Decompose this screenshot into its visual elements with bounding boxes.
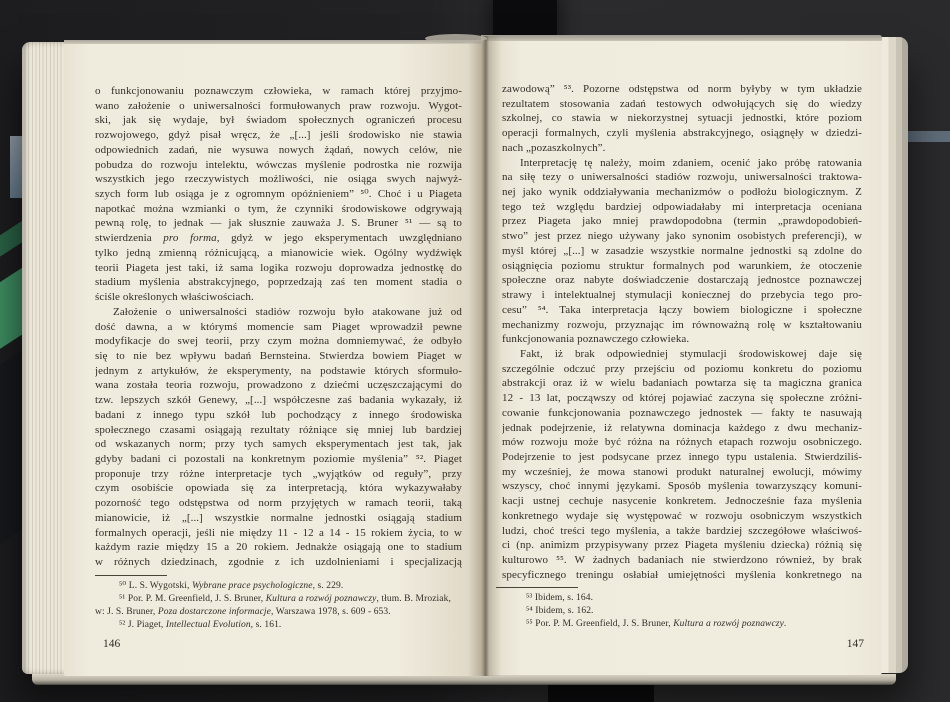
- text-line: pobudza do rozwoju intelektu, wówczas my…: [95, 158, 462, 173]
- text-line: Założenie o uniwersalności stadiów rozwo…: [95, 305, 462, 320]
- text-line: mechanizmy rozwoju, przyznając im równow…: [502, 318, 862, 333]
- text-line: operacji formalnych, czyli myślenia abst…: [502, 126, 862, 141]
- text-line: my wcześniej, że mowa stanowi produkt na…: [502, 465, 862, 480]
- text-line: strawy i intelektualnej stymulacji konie…: [502, 288, 862, 303]
- text-line: rezultatem stosowania zadań testowych od…: [502, 97, 862, 112]
- text-line: ludzi, choć treści tego myślenia, a takż…: [502, 524, 862, 539]
- footnote-line: ⁵⁰ L. S. Wygotski, Wybrane prace psychol…: [95, 580, 462, 593]
- text-line: proponuje trzy różne interpretacje tych …: [95, 467, 462, 482]
- text-line: od wskazanych norm; przy tych samych eks…: [95, 437, 462, 452]
- text-line: czym osobiście opowiada się za interpret…: [95, 481, 462, 496]
- text-line: się to nie bez wpływu badań Bernsteina. …: [95, 349, 462, 364]
- text-line: społecznego czasami osiągają rezultaty r…: [95, 423, 462, 438]
- text-line: Interpretację tę należy, moim zdaniem, o…: [502, 156, 862, 171]
- text-line: kulturowo ⁵⁵. W żadnych badaniach nie st…: [502, 553, 862, 568]
- text-line: mów rozwoju może być różna na różnych et…: [502, 435, 862, 450]
- text-line: kacji ustnej cechuje nasycenie konkretem…: [502, 494, 862, 509]
- text-line: specyficznego treningu osłabiał umiejętn…: [502, 568, 862, 583]
- page-stack-right-edge: [878, 37, 908, 673]
- text-line: konkretnego wydaje się występować w rozw…: [502, 509, 862, 524]
- text-line: myśl której „[...] w zasadzie wszystkie …: [502, 244, 862, 259]
- text-line: tzw. lepszych szkół Genewy, „[...] współ…: [95, 393, 462, 408]
- text-line: Podejrzenie to jest podsycane przez inne…: [502, 450, 862, 465]
- text-line: zawodową” ⁵³. Pozorne odstępstwa od norm…: [502, 82, 862, 97]
- text-line: teorii Piageta jest taki, iż sama logika…: [95, 261, 462, 276]
- text-line: ci (np. animizm przypisywany przez Piage…: [502, 538, 862, 553]
- footnote-line: ⁵¹ Por. P. M. Greenfield, J. S. Bruner, …: [95, 593, 462, 606]
- left-page-body: o funkcjonowaniu poznawczym człowieka, w…: [95, 84, 462, 570]
- right-page-body: zawodową” ⁵³. Pozorne odstępstwa od norm…: [502, 82, 862, 582]
- text-line: funkcjonowania poznawczego człowieka.: [502, 332, 862, 347]
- text-line: społeczne oraz nabyte doświadczenie dost…: [502, 273, 862, 288]
- footnote-separator-right: [496, 587, 578, 588]
- text-line: ski, jak się wydaje, był świadom społecz…: [95, 113, 462, 128]
- text-line: pozorność tego odstępstwa od norm przyję…: [95, 496, 462, 511]
- footnote-line: ⁵² J. Piaget, Intellectual Evolution, s.…: [95, 619, 462, 632]
- text-line: przez Piageta jako mniej prawdopodobna (…: [502, 214, 862, 229]
- text-line: pewną rolę, to jednak — jak słusznie zau…: [95, 216, 462, 231]
- text-line: gdyby badani ci pozostali na konkretnym …: [95, 452, 462, 467]
- text-line: na siłę tezy o uniwersalności stadiów ro…: [502, 170, 862, 185]
- text-line: tego też względu bardziej odpowiadałaby …: [502, 200, 862, 215]
- text-line: napotkać można wzmianki o tym, że czynni…: [95, 202, 462, 217]
- text-line: modyfikacje do swej teorii, przy czym mo…: [95, 334, 462, 349]
- text-line: każdym razie między 15 a 20 rokiem. Jedn…: [95, 540, 462, 555]
- text-line: szczególnie odczuć przy przejściu od poz…: [502, 362, 862, 377]
- text-line: formalnych operacji, jeśli nie między 11…: [95, 526, 462, 541]
- text-line: w różnych dziedzinach, zgodnie z ich uzd…: [95, 555, 462, 570]
- text-line: odpowiednich zadań, nie wysuwa nowych żą…: [95, 143, 462, 158]
- footnote-line: ⁵³ Ibidem, s. 164.: [502, 592, 862, 605]
- text-line: ściśle określonych właściwościach.: [95, 290, 462, 305]
- text-line: o funkcjonowaniu poznawczym człowieka, w…: [95, 84, 462, 99]
- footnote-line: w: J. S. Bruner, Poza dostarczone inform…: [95, 606, 462, 619]
- text-line: szkolnej, co stawia w niekorzystnej sytu…: [502, 111, 862, 126]
- left-page-text: o funkcjonowaniu poznawczym człowieka, w…: [95, 84, 462, 632]
- text-line: osiągnięcia poziomu struktur formalnych …: [502, 259, 862, 274]
- text-line: szych form lub osiąga je z ogromnym opóź…: [95, 187, 462, 202]
- text-line: stadium myślenia abstrakcyjnego, poprzed…: [95, 275, 462, 290]
- book-photo-scene: o funkcjonowaniu poznawczym człowieka, w…: [0, 0, 950, 702]
- text-line: nach „pozaszkolnych”.: [502, 141, 862, 156]
- text-line: wano założenie o uniwersalności formułow…: [95, 99, 462, 114]
- right-page-footnotes: ⁵³ Ibidem, s. 164.⁵⁴ Ibidem, s. 162.⁵⁵ P…: [502, 592, 862, 631]
- text-line: wszystkich jego rzeczywistych możliwości…: [95, 172, 462, 187]
- text-line: tylko jedną zmienną różnicującą, a miano…: [95, 246, 462, 261]
- footnote-separator-left: [95, 575, 167, 576]
- footnote-line: ⁵⁵ Por. P. M. Greenfield, J. S. Bruner, …: [502, 618, 862, 631]
- text-line: stwo” jest przez niego używany jako syno…: [502, 229, 862, 244]
- page-number-left: 146: [103, 638, 120, 650]
- text-line: cesu” ⁵⁴. Taka interpretacja łączy bowie…: [502, 303, 862, 318]
- text-line: rozwojowego, gdyż pisał wręcz, że „[...]…: [95, 128, 462, 143]
- text-line: mianowicie, iż „[...] wszystkie normalne…: [95, 511, 462, 526]
- worn-top-edge: [425, 34, 487, 43]
- text-line: wszyscy, choć innymi językami. Sposób my…: [502, 479, 862, 494]
- left-page-footnotes: ⁵⁰ L. S. Wygotski, Wybrane prace psychol…: [95, 580, 462, 632]
- text-line: dość dawna, a w którymś momencie sam Pia…: [95, 320, 462, 335]
- text-line: abstrakcji oraz iż w wielu badaniach pow…: [502, 376, 862, 391]
- footnote-line: ⁵⁴ Ibidem, s. 162.: [502, 605, 862, 618]
- text-line: Fakt, iż brak odpowiedniej stymulacji śr…: [502, 347, 862, 362]
- text-line: jednak podejrzenie, iż relatywna dominac…: [502, 421, 862, 436]
- text-line: badani z innego typu szkół lub pochodząc…: [95, 408, 462, 423]
- text-line: nej jako wynik oddziaływania mechanizmów…: [502, 185, 862, 200]
- book-gutter: [468, 36, 502, 676]
- page-number-right: 147: [502, 638, 864, 650]
- page-stack-left-edge: [22, 42, 68, 674]
- text-line: cowanie funkcjonowania poznawczego jedno…: [502, 406, 862, 421]
- right-page-text: zawodową” ⁵³. Pozorne odstępstwa od norm…: [502, 82, 862, 631]
- text-line: 12 - 13 lat, począwszy od której pojawia…: [502, 391, 862, 406]
- text-line: jednym z artykułów, że eksperymenty, na …: [95, 364, 462, 379]
- text-line: wana została teoria rozwoju, prowadzono …: [95, 378, 462, 393]
- text-line: stwierdzenia pro forma, gdyż w jego eksp…: [95, 231, 462, 246]
- open-book: o funkcjonowaniu poznawczym człowieka, w…: [20, 32, 912, 690]
